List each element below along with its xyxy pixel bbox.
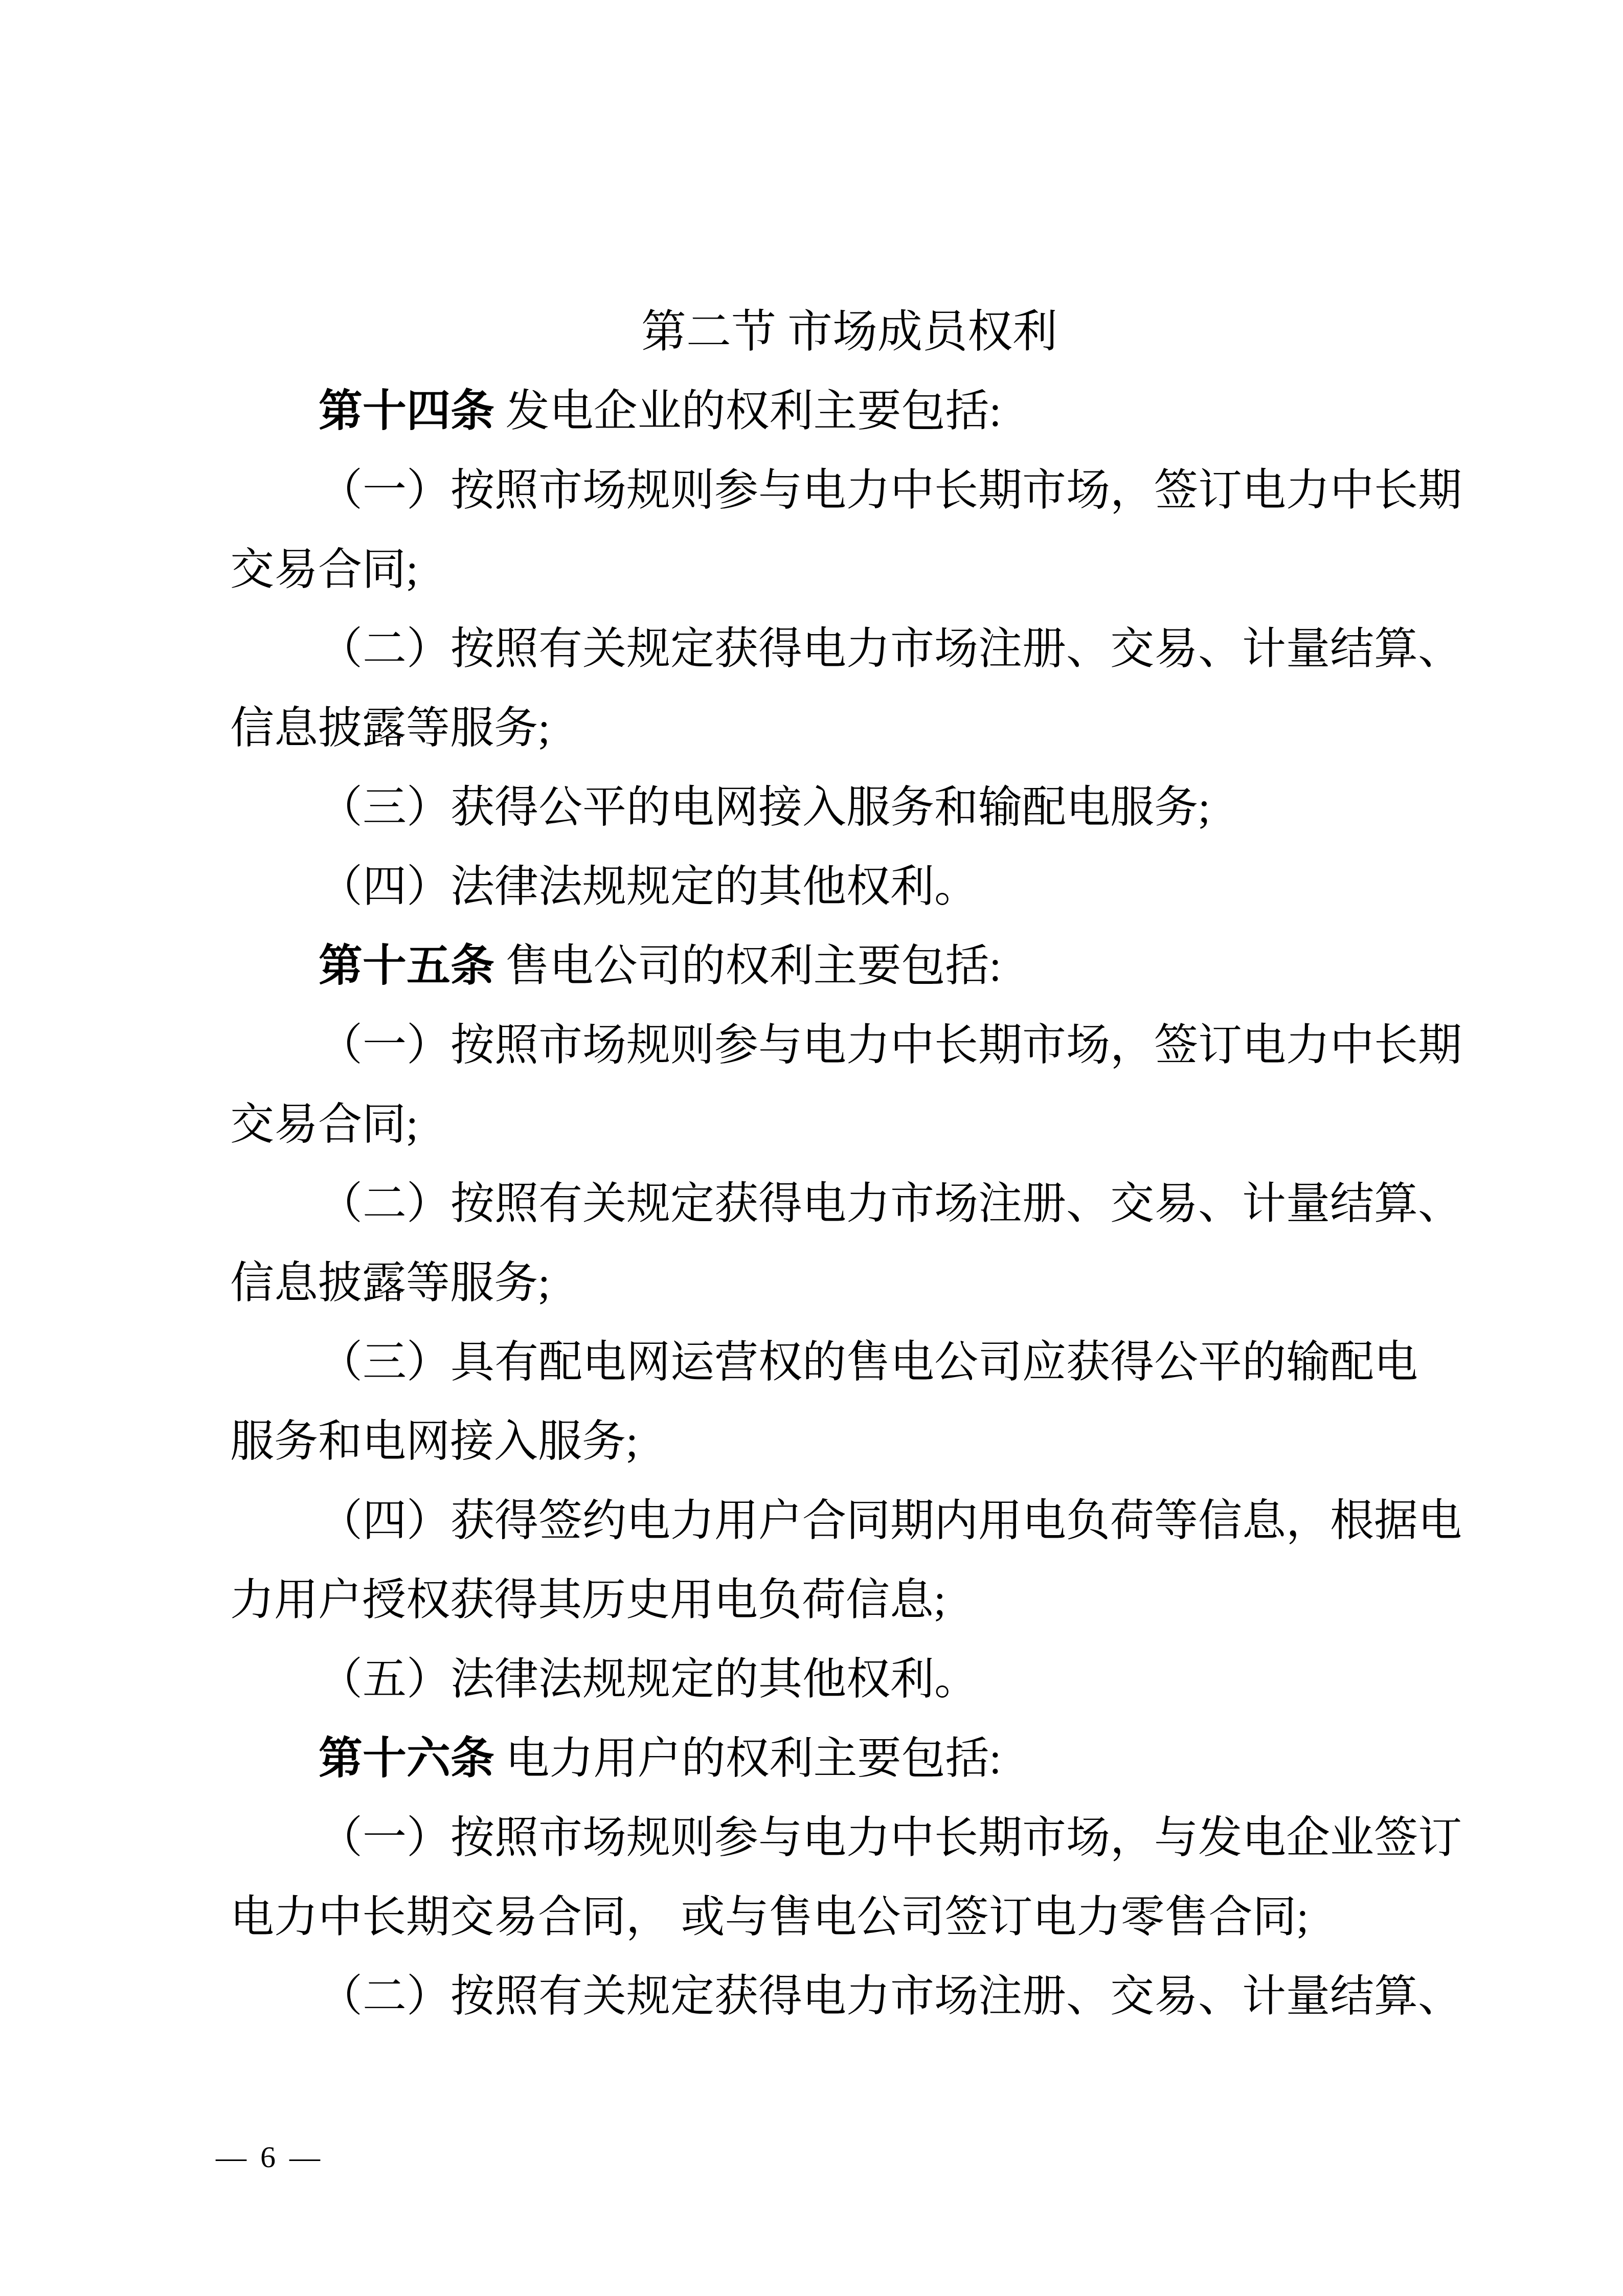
article-number: 第十六条 — [319, 1734, 494, 1783]
clause-continuation-line: 信息披露等服务; — [230, 1244, 1469, 1323]
clause-line: （二）按照有关规定获得电力市场注册、交易、计量结算、 — [230, 610, 1469, 689]
clause-continuation-line: 交易合同; — [230, 1085, 1469, 1164]
clause-line: （二）按照有关规定获得电力市场注册、交易、计量结算、 — [230, 1164, 1469, 1244]
clause-line: （一）按照市场规则参与电力中长期市场，签订电力中长期 — [230, 1006, 1469, 1085]
clause-line: （三）获得公平的电网接入服务和输配电服务; — [230, 768, 1469, 847]
article-line: 第十六条 电力用户的权利主要包括: — [230, 1719, 1469, 1798]
document-page: 第二节 市场成员权利 第十四条 发电企业的权利主要包括: （一）按照市场规则参与… — [0, 0, 1623, 2296]
article-line: 第十四条 发电企业的权利主要包括: — [230, 372, 1469, 451]
clause-line: （四）获得签约电力用户合同期内用电负荷等信息，根据电 — [230, 1481, 1469, 1561]
clause-line: （五）法律法规规定的其他权利。 — [230, 1640, 1469, 1719]
clause-continuation-line: 力用户授权获得其历史用电负荷信息; — [230, 1561, 1469, 1640]
clause-line: （四）法律法规规定的其他权利。 — [230, 847, 1469, 927]
page-number: — 6 — — [216, 2131, 323, 2182]
article-text: 售电公司的权利主要包括: — [494, 941, 1001, 991]
clause-line: （一）按照市场规则参与电力中长期市场，签订电力中长期 — [230, 451, 1469, 530]
section-title: 第二节 市场成员权利 — [230, 292, 1469, 372]
article-number: 第十四条 — [319, 387, 494, 436]
clause-continuation-line: 电力中长期交易合同， 或与售电公司签订电力零售合同; — [230, 1878, 1469, 1957]
clause-continuation-line: 服务和电网接入服务; — [230, 1402, 1469, 1481]
clause-line: （三）具有配电网运营权的售电公司应获得公平的输配电 — [230, 1323, 1469, 1402]
article-text: 发电企业的权利主要包括: — [494, 387, 1001, 436]
article-number: 第十五条 — [319, 941, 494, 991]
clause-line: （二）按照有关规定获得电力市场注册、交易、计量结算、 — [230, 1957, 1469, 2036]
article-text: 电力用户的权利主要包括: — [494, 1734, 1001, 1783]
clause-line: （一）按照市场规则参与电力中长期市场，与发电企业签订 — [230, 1798, 1469, 1878]
document-body: 第二节 市场成员权利 第十四条 发电企业的权利主要包括: （一）按照市场规则参与… — [230, 292, 1469, 2036]
article-line: 第十五条 售电公司的权利主要包括: — [230, 927, 1469, 1006]
clause-continuation-line: 信息披露等服务; — [230, 689, 1469, 768]
clause-continuation-line: 交易合同; — [230, 530, 1469, 610]
